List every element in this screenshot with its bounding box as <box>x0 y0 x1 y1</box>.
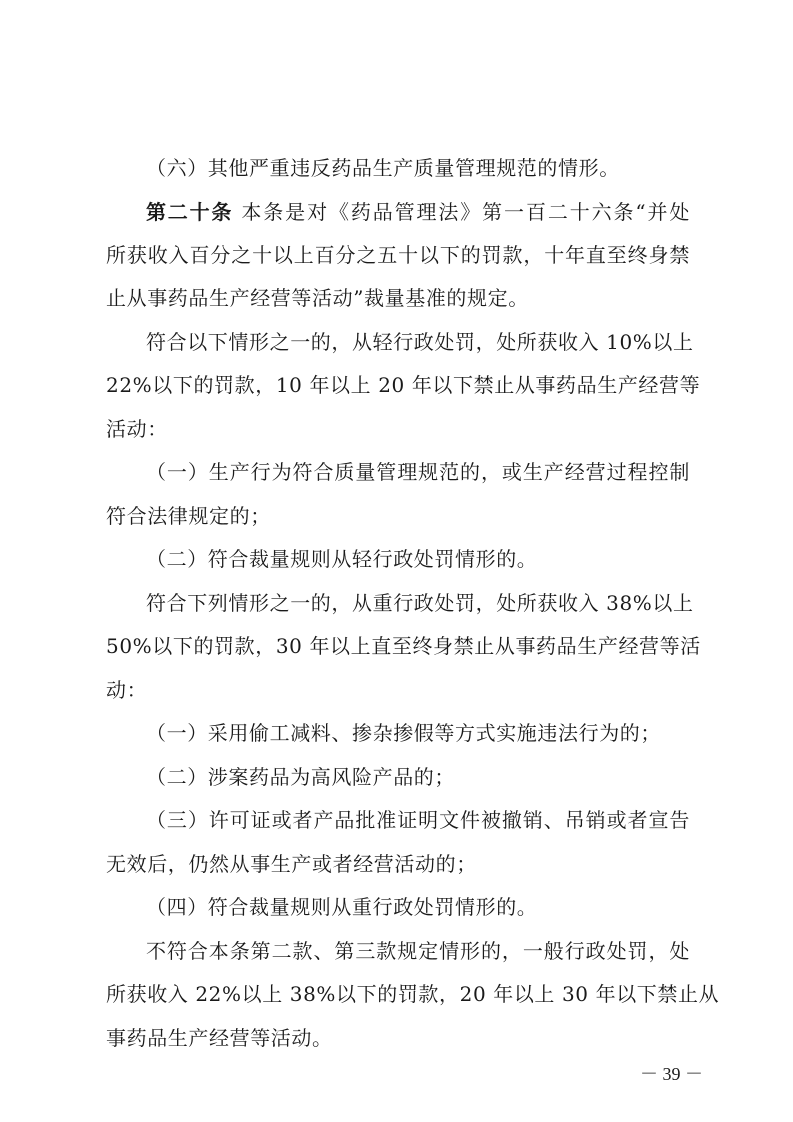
paragraph-line: 动： <box>106 674 690 706</box>
paragraph-line: 不符合本条第二款、第三款规定情形的，一般行政处罚，处 <box>146 935 690 967</box>
article-heading-line: 第二十条 本条是对《药品管理法》第一百二十六条“并处 <box>146 196 690 228</box>
paragraph-line: 活动： <box>106 413 690 445</box>
paragraph-line: 所获收入百分之十以上百分之五十以下的罚款，十年直至终身禁 <box>106 239 690 271</box>
paragraph-line: 所获收入 22%以上 38%以下的罚款，20 年以上 30 年以下禁止从 <box>106 978 690 1010</box>
paragraph-line: （六）其他严重违反药品生产质量管理规范的情形。 <box>146 152 690 184</box>
list-item-line: （三）许可证或者产品批准证明文件被撤销、吊销或者宣告 <box>146 804 690 836</box>
paragraph-line: 符合下列情形之一的，从重行政处罚，处所获收入 38%以上 <box>146 587 690 619</box>
paragraph-line: 事药品生产经营等活动。 <box>106 1022 690 1054</box>
document-page: （六）其他严重违反药品生产质量管理规范的情形。 第二十条 本条是对《药品管理法》… <box>0 0 793 1122</box>
paragraph-line: 22%以下的罚款，10 年以上 20 年以下禁止从事药品生产经营等 <box>106 369 690 401</box>
list-item-line: （二）符合裁量规则从轻行政处罚情形的。 <box>146 543 690 575</box>
paragraph-line: 止从事药品生产经营等活动”裁量基准的规定。 <box>106 282 690 314</box>
paragraph-line: 50%以下的罚款，30 年以上直至终身禁止从事药品生产经营等活 <box>106 630 690 662</box>
list-item-line: （四）符合裁量规则从重行政处罚情形的。 <box>146 891 690 923</box>
list-item-line: （一）生产行为符合质量管理规范的，或生产经营过程控制 <box>146 456 690 488</box>
list-item-line: 符合法律规定的； <box>106 500 690 532</box>
page-number: － 39 － <box>640 1060 700 1088</box>
paragraph-line: 符合以下情形之一的，从轻行政处罚，处所获收入 10%以上 <box>146 326 690 358</box>
list-item-line: （二）涉案药品为高风险产品的； <box>146 761 690 793</box>
article-title: 第二十条 <box>146 200 233 224</box>
list-item-line: 无效后，仍然从事生产或者经营活动的； <box>106 848 690 880</box>
list-item-line: （一）采用偷工减料、掺杂掺假等方式实施违法行为的； <box>146 717 690 749</box>
article-intro: 本条是对《药品管理法》第一百二十六条“并处 <box>233 200 690 224</box>
